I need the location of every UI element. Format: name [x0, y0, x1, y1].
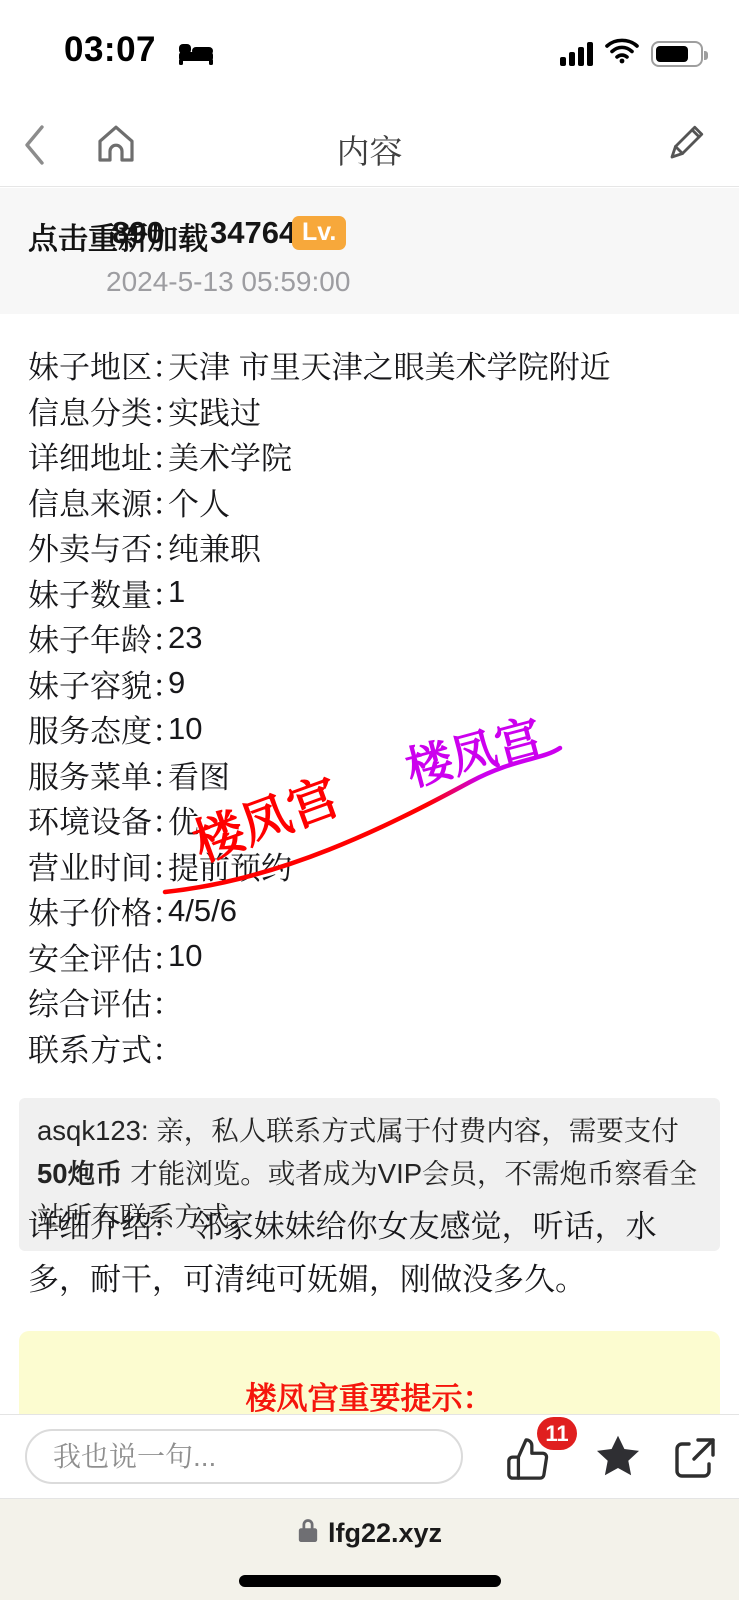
row-value: 10 — [168, 711, 202, 747]
like-count-badge: 11 — [537, 1417, 577, 1450]
url-text: lfg22.xyz — [328, 1518, 442, 1549]
comment-input[interactable] — [25, 1429, 463, 1484]
row-label: 安全评估： — [28, 934, 168, 979]
row-label: 妹子地区： — [28, 342, 168, 387]
row-value: 10 — [168, 938, 202, 974]
avatar-reload-text[interactable]: 点击重新加载 — [28, 214, 208, 258]
row-value: 纯兼职 — [168, 524, 261, 569]
info-row: 服务态度：10 — [28, 706, 711, 752]
info-row: 联系方式： — [28, 1025, 711, 1071]
row-label: 信息分类： — [28, 388, 168, 433]
paywall-price: 50炮币 — [37, 1158, 123, 1189]
row-label: 综合评估： — [28, 979, 168, 1024]
row-label: 服务态度： — [28, 706, 168, 751]
row-label: 妹子容貌： — [28, 661, 168, 706]
share-icon[interactable] — [671, 1434, 719, 1487]
info-row: 妹子数量：1 — [28, 570, 711, 616]
row-value: 个人 — [168, 479, 230, 524]
row-value: 优 — [168, 797, 199, 842]
info-row: 信息来源：个人 — [28, 479, 711, 525]
row-value: 看图 — [168, 752, 230, 797]
info-row: 详细地址：美术学院 — [28, 433, 711, 479]
status-time: 03:07 — [64, 30, 156, 70]
phone-screen: 03:07 — [0, 0, 739, 1600]
row-value: 实践过 — [168, 388, 261, 433]
row-label: 信息来源： — [28, 479, 168, 524]
info-row: 外卖与否：纯兼职 — [28, 524, 711, 570]
row-value: 1 — [168, 574, 185, 610]
home-indicator[interactable] — [239, 1575, 501, 1587]
cellular-signal-icon — [560, 42, 593, 66]
info-row: 环境设备：优 — [28, 797, 711, 843]
row-value: 4/5/6 — [168, 893, 237, 929]
user-row: 点击重新加载 890 34764 Lv. — [28, 214, 739, 260]
info-row: 安全评估：10 — [28, 934, 711, 980]
row-label: 联系方式： — [28, 1025, 168, 1070]
info-row: 服务菜单：看图 — [28, 752, 711, 798]
row-label: 妹子年龄： — [28, 615, 168, 660]
comment-toolbar: 11 — [0, 1414, 739, 1499]
info-row: 妹子地区：天津 市里天津之眼美术学院附近 — [28, 342, 711, 388]
nav-bar: 内容 — [0, 100, 739, 187]
row-value: 23 — [168, 620, 202, 656]
info-row: 妹子价格：4/5/6 — [28, 888, 711, 934]
favorite-star-icon[interactable] — [592, 1431, 644, 1488]
row-label: 妹子数量： — [28, 570, 168, 615]
address-bar[interactable]: lfg22.xyz — [0, 1517, 739, 1550]
info-row: 妹子年龄：23 — [28, 615, 711, 661]
edit-pencil-icon[interactable] — [665, 122, 707, 169]
row-label: 妹子价格： — [28, 888, 168, 933]
browser-bottom-bar: lfg22.xyz — [0, 1499, 739, 1600]
row-label: 服务菜单： — [28, 752, 168, 797]
post-header: 点击重新加载 890 34764 Lv. 2024-5-13 05:59:00 — [0, 188, 739, 314]
row-label: 营业时间： — [28, 843, 168, 888]
row-value: 9 — [168, 665, 185, 701]
info-row: 营业时间：提前预约 — [28, 843, 711, 889]
battery-icon — [651, 41, 703, 67]
intro-label: 详细介绍： — [28, 1209, 183, 1244]
sleep-mode-bed-icon — [178, 40, 214, 71]
row-label: 环境设备： — [28, 797, 168, 842]
row-value: 天津 市里天津之眼美术学院附近 — [168, 342, 611, 387]
row-value: 美术学院 — [168, 433, 292, 478]
info-row: 综合评估： — [28, 979, 711, 1025]
info-row: 信息分类：实践过 — [28, 388, 711, 434]
lock-icon — [297, 1517, 319, 1550]
intro-paragraph: 详细介绍： 邻家妹妹给你女友感觉，听话，水多，耐干，可清纯可妩媚，刚做没多久。 — [0, 1200, 739, 1306]
row-label: 外卖与否： — [28, 524, 168, 569]
level-badge: Lv. — [292, 216, 346, 250]
site-notice-title: 楼凤宫重要提示： — [19, 1373, 720, 1418]
info-list: 妹子地区：天津 市里天津之眼美术学院附近 信息分类：实践过 详细地址：美术学院 … — [0, 314, 739, 1070]
user-id: 34764 — [210, 215, 296, 251]
page-title: 内容 — [0, 126, 739, 173]
info-row: 妹子容貌：9 — [28, 661, 711, 707]
post-date: 2024-5-13 05:59:00 — [106, 266, 739, 298]
row-value: 提前预约 — [168, 843, 292, 888]
paywall-username: asqk123: — [37, 1115, 149, 1146]
paywall-text-1: 亲，私人联系方式属于付费内容，需要支付 — [156, 1115, 679, 1146]
row-label: 详细地址： — [28, 433, 168, 478]
wifi-icon — [605, 38, 639, 69]
status-bar: 03:07 — [0, 0, 739, 100]
